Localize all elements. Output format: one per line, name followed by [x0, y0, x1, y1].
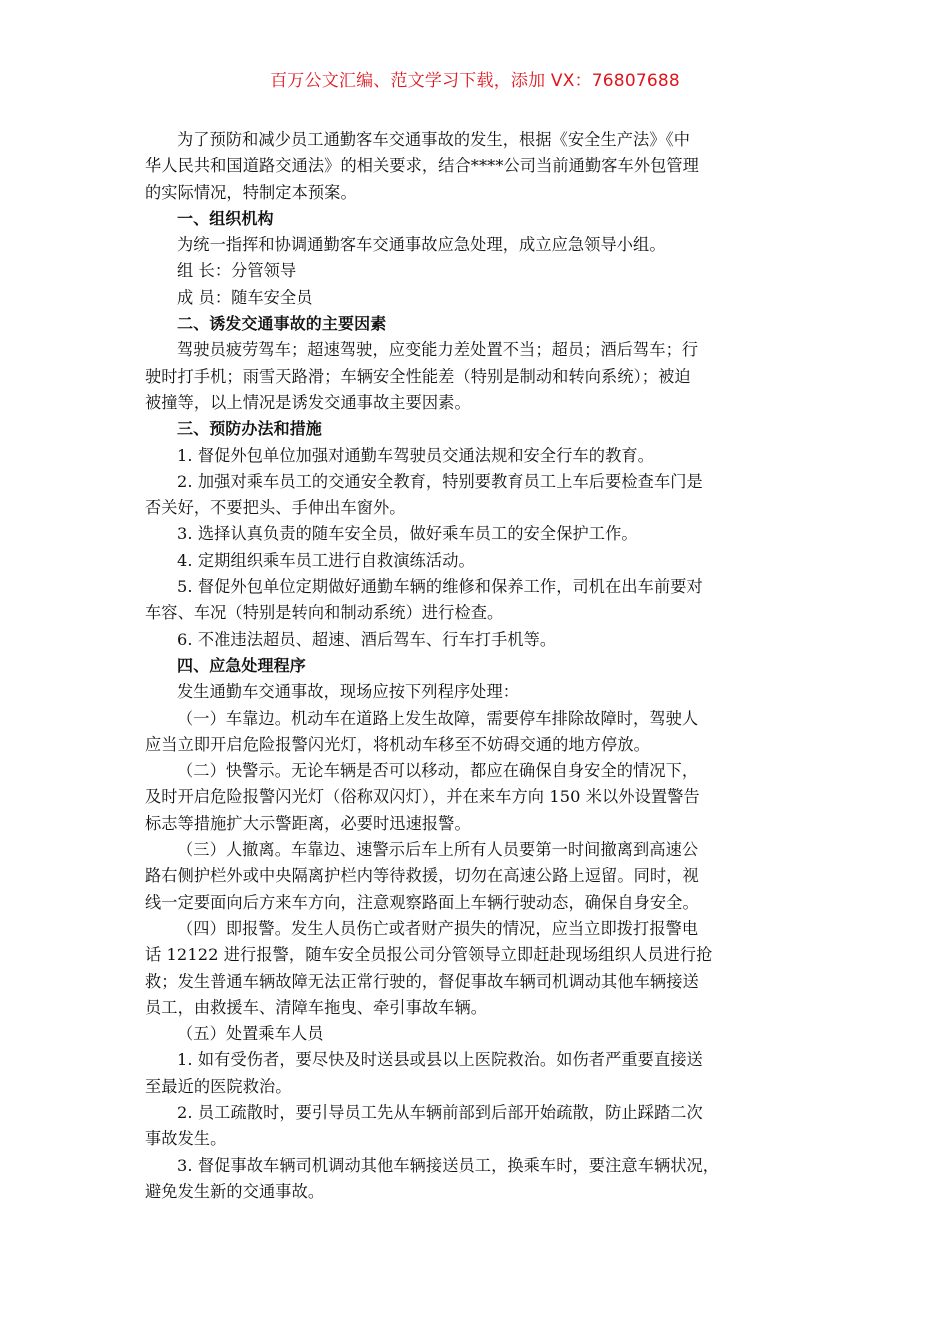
paragraph-line: 线一定要面向后方来车方向，注意观察路面上车辆行驶动态，确保自身安全。 [145, 890, 815, 916]
paragraph-line: 救；发生普通车辆故障无法正常行驶的，督促事故车辆司机调动其他车辆接送 [145, 969, 815, 995]
paragraph-line: 6. 不准违法超员、超速、酒后驾车、行车打手机等。 [145, 627, 815, 653]
section-heading: 三、预防办法和措施 [145, 416, 815, 442]
paragraph-line: 避免发生新的交通事故。 [145, 1179, 815, 1205]
paragraph-line: 员工，由救援车、清障车拖曳、牵引事故车辆。 [145, 995, 815, 1021]
paragraph-line: 的实际情况，特制定本预案。 [145, 180, 815, 206]
paragraph-line: 标志等措施扩大示警距离，必要时迅速报警。 [145, 811, 815, 837]
paragraph-line: 驶时打手机；雨雪天路滑；车辆安全性能差（特别是制动和转向系统）；被迫 [145, 364, 815, 390]
paragraph-line: 事故发生。 [145, 1126, 815, 1152]
paragraph-line: （四）即报警。发生人员伤亡或者财产损失的情况，应当立即拨打报警电 [145, 916, 815, 942]
paragraph-line: 组 长：分管领导 [145, 258, 815, 284]
paragraph-line: 3. 选择认真负责的随车安全员，做好乘车员工的安全保护工作。 [145, 521, 815, 547]
paragraph-line: 驾驶员疲劳驾车；超速驾驶，应变能力差处置不当；超员；酒后驾车；行 [145, 337, 815, 363]
paragraph-line: 发生通勤车交通事故，现场应按下列程序处理： [145, 679, 815, 705]
section-heading: 二、诱发交通事故的主要因素 [145, 311, 815, 337]
document-body: 为了预防和减少员工通勤客车交通事故的发生，根据《安全生产法》《中华人民共和国道路… [145, 127, 815, 1205]
paragraph-line: 成 员：随车安全员 [145, 285, 815, 311]
section-heading: 一、组织机构 [145, 206, 815, 232]
paragraph-line: （一）车靠边。机动车在道路上发生故障，需要停车排除故障时，驾驶人 [145, 706, 815, 732]
paragraph-line: 至最近的医院救治。 [145, 1074, 815, 1100]
paragraph-line: 被撞等，以上情况是诱发交通事故主要因素。 [145, 390, 815, 416]
paragraph-line: 2. 加强对乘车员工的交通安全教育，特别要教育员工上车后要检查车门是 [145, 469, 815, 495]
paragraph-line: 为了预防和减少员工通勤客车交通事故的发生，根据《安全生产法》《中 [145, 127, 815, 153]
paragraph-line: 1. 如有受伤者，要尽快及时送县或县以上医院救治。如伤者严重要直接送 [145, 1047, 815, 1073]
paragraph-line: （五）处置乘车人员 [145, 1021, 815, 1047]
paragraph-line: 否关好，不要把头、手伸出车窗外。 [145, 495, 815, 521]
paragraph-line: （三）人撤离。车靠边、速警示后车上所有人员要第一时间撤离到高速公 [145, 837, 815, 863]
paragraph-line: 应当立即开启危险报警闪光灯，将机动车移至不妨碍交通的地方停放。 [145, 732, 815, 758]
paragraph-line: 4. 定期组织乘车员工进行自救演练活动。 [145, 548, 815, 574]
paragraph-line: 2. 员工疏散时，要引导员工先从车辆前部到后部开始疏散，防止踩踏二次 [145, 1100, 815, 1126]
paragraph-line: 话 12122 进行报警，随车安全员报公司分管领导立即赶赴现场组织人员进行抢 [145, 942, 815, 968]
paragraph-line: 及时开启危险报警闪光灯（俗称双闪灯），并在来车方向 150 米以外设置警告 [145, 784, 815, 810]
paragraph-line: 3. 督促事故车辆司机调动其他车辆接送员工，换乘车时，要注意车辆状况， [145, 1153, 815, 1179]
paragraph-line: 车容、车况（特别是转向和制动系统）进行检查。 [145, 600, 815, 626]
section-heading: 四、应急处理程序 [145, 653, 815, 679]
paragraph-line: 华人民共和国道路交通法》的相关要求，结合****公司当前通勤客车外包管理 [145, 153, 815, 179]
paragraph-line: 路右侧护栏外或中央隔离护栏内等待救援，切勿在高速公路上逗留。同时，视 [145, 863, 815, 889]
paragraph-line: （二）快警示。无论车辆是否可以移动，都应在确保自身安全的情况下， [145, 758, 815, 784]
paragraph-line: 为统一指挥和协调通勤客车交通事故应急处理，成立应急领导小组。 [145, 232, 815, 258]
paragraph-line: 1. 督促外包单位加强对通勤车驾驶员交通法规和安全行车的教育。 [145, 443, 815, 469]
watermark-header: 百万公文汇编、范文学习下载，添加 VX：76807688 [0, 66, 950, 91]
paragraph-line: 5. 督促外包单位定期做好通勤车辆的维修和保养工作，司机在出车前要对 [145, 574, 815, 600]
